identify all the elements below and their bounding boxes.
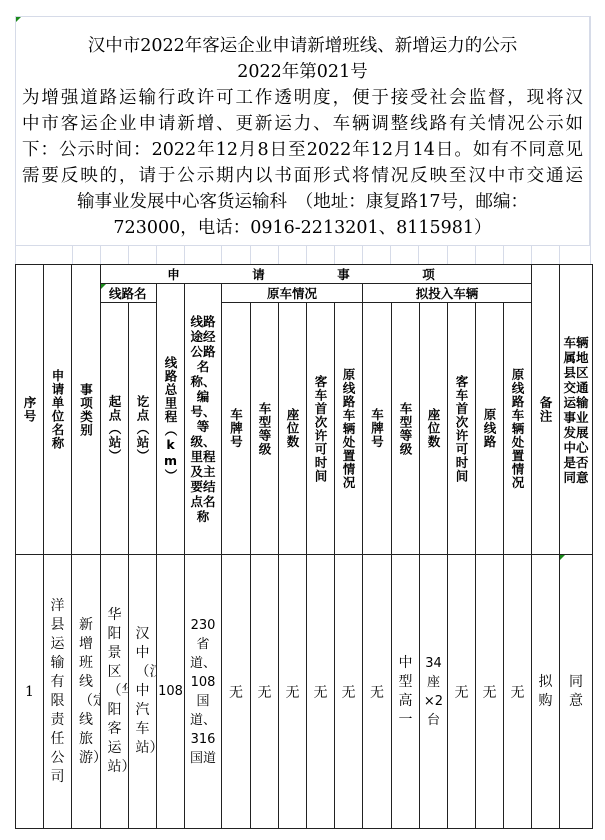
notice-body-line: 中市客运企业申请新增、更新运力、车辆调整线路有关情况公示如 [16,111,589,137]
header-original-vehicle: 原车情况 [222,284,363,303]
cell-new-plate: 无 [363,555,392,829]
cell-orig-plate: 无 [222,555,251,829]
header-county-agree: 车辆属地县区交通运输事业发展中心是否同意 [560,265,593,555]
header-item-type: 事项类别 [72,265,101,555]
cell-orig-seats: 无 [279,555,307,829]
application-table: 序号 申请单位名称 事项类别 申 请 事 项 备注 车辆属地县区交通运输事业发展… [15,264,593,829]
cell-new-type: 中型高一 [392,555,420,829]
header-end: 讫点（站） [129,303,157,555]
cell-indicator-icon [16,17,21,22]
header-remark: 备注 [532,265,560,555]
cell-indicator-icon [560,555,565,560]
header-new-plate: 车牌号 [363,303,392,555]
cell-new-seats: 34座×2台 [420,555,448,829]
cell-route-via: 230省道、108国道、316国道 [185,555,222,829]
header-new-disposal: 原线路车辆处置情况 [504,303,532,555]
header-planned-vehicle: 拟投入车辆 [363,284,532,303]
notice-title: 汉中市2022年客运企业申请新增班线、新增运力的公示 [16,33,589,59]
cell-new-orig-route: 无 [476,555,504,829]
header-orig-first-permit: 客车首次许可时间 [307,303,335,555]
header-seq: 序号 [16,265,44,555]
cell-orig-disposal: 无 [335,555,363,829]
header-new-orig-route: 原线路 [476,303,504,555]
notice-body-line: 为增强道路运输行政许可工作透明度，便于接受社会监督，现将汉 [16,85,589,111]
notice-body-line: 输事业发展中心客货运输科 （地址：康复路17号，邮编： [16,189,589,215]
header-orig-plate: 车牌号 [222,303,251,555]
cell-end: 汉中（汉中汽车站） [129,555,157,829]
cell-item-type: 新增班线（定线旅游） [72,555,101,829]
cell-county-agree: 同意 [560,555,593,829]
header-route-via: 线路途经公路名称、编号、等级、里程及主要结点名称 [185,284,222,555]
header-route-name: 线路名 [101,284,157,303]
header-mileage: 线路总里程（km） [157,284,185,555]
header-orig-type: 车型等级 [251,303,279,555]
header-orig-seats: 座位数 [279,303,307,555]
header-orig-disposal: 原线路车辆处置情况 [335,303,363,555]
cell-seq: 1 [16,555,44,829]
cell-indicator-icon [101,284,106,289]
cell-start: 华阳景区（华阳客运站） [101,555,129,829]
gridline [590,16,591,265]
notice-header: 汉中市2022年客运企业申请新增班线、新增运力的公示 2022年第021号 为增… [15,16,590,245]
header-applicant: 申请单位名称 [44,265,72,555]
notice-body-line: 723000，电话：0916-2213201、8115981） [16,215,589,241]
cell-new-disposal: 无 [504,555,532,829]
cell-orig-type: 无 [251,555,279,829]
table-row: 1 洋县运输有限责任公司 新增班线（定线旅游） 华阳景区（华阳客运站） 汉中（汉… [16,555,593,829]
header-start: 起点（站） [101,303,129,555]
notice-number: 2022年第021号 [16,59,589,85]
spreadsheet-gridline-row [15,245,591,265]
header-new-type: 车型等级 [392,303,420,555]
notice-body-line: 下：公示时间：2022年12月8日至2022年12月14日。如有不同意见 [16,137,589,163]
notice-body-line: 需要反映的，请于公示期内以书面形式将情况反映至汉中市交通运 [16,163,589,189]
cell-new-first-permit: 无 [448,555,476,829]
cell-remark: 拟购 [532,555,560,829]
cell-orig-first-permit: 无 [307,555,335,829]
header-application-items: 申 请 事 项 [101,265,532,284]
cell-mileage: 108 [157,555,185,829]
cell-applicant: 洋县运输有限责任公司 [44,555,72,829]
header-new-seats: 座位数 [420,303,448,555]
header-new-first-permit: 客车首次许可时间 [448,303,476,555]
